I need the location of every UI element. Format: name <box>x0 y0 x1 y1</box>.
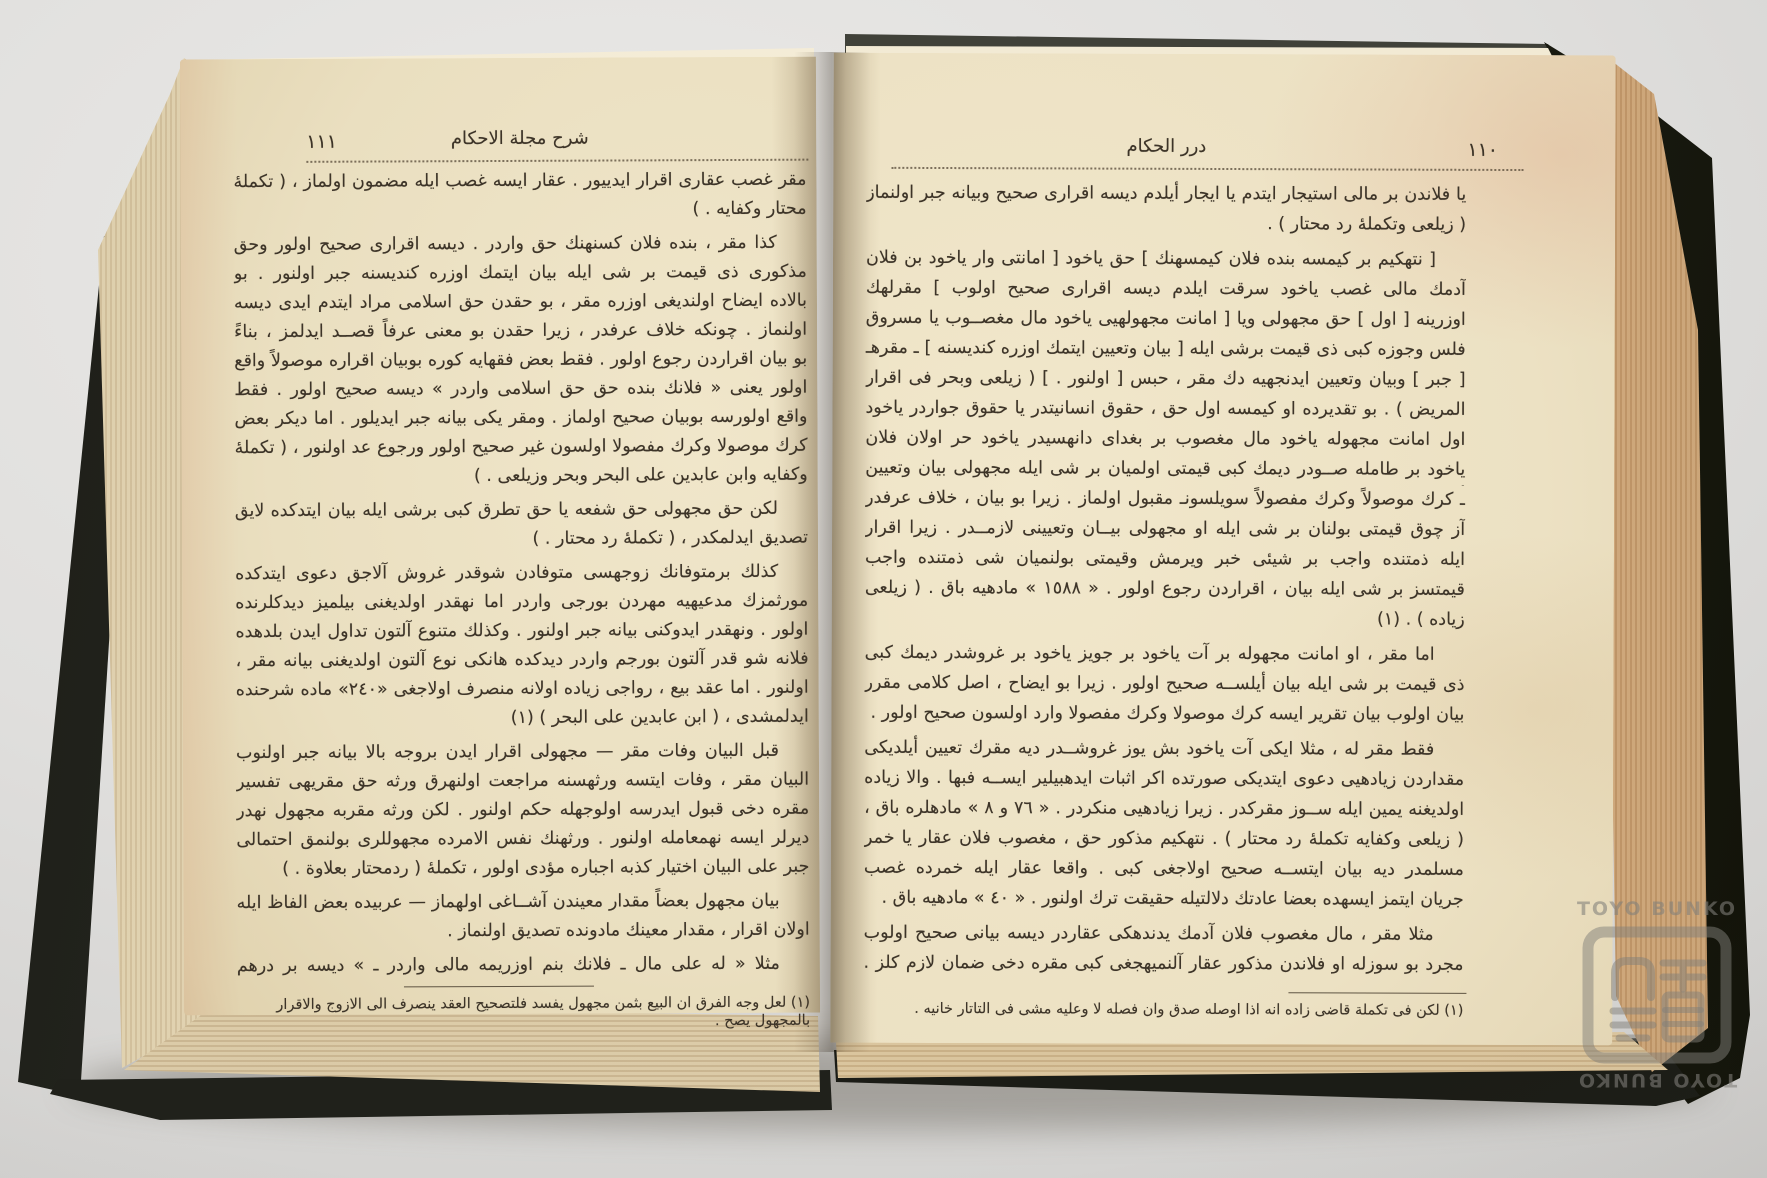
text-line: اولان اقرار ، مقدار معينك مادونده تصديق … <box>237 917 810 948</box>
text-line: اوزرينه [ اول ] حق مجهولى ويا [ امانت مج… <box>866 304 1466 336</box>
text-line: قبل البيان وفات مقر — مجهولى اقرار ايدن … <box>236 738 809 769</box>
text-line: ياخود بر طامله صــودر ديمك كبى قيمتى اول… <box>865 454 1465 486</box>
text-line: مورثمزك مدعيهيه مهردن بورجى واردر اما نه… <box>235 588 808 619</box>
text-line: آدمك مالى غصب ياخود سرقت ايلدم ديسه اقرا… <box>866 274 1466 306</box>
footnote-separator-right <box>1288 992 1466 994</box>
text-line: ذى قيمت بر شى ايله بيان أيلســه صحيح اول… <box>864 669 1464 701</box>
text-line: اما مقر ، او امانت مجهوله بر آت ياخود بر… <box>865 639 1465 671</box>
text-line: مثلا مقر ، مال مغصوب فلان آدمك يدندهكى ع… <box>864 919 1464 951</box>
text-line: مقداردن زيادهيى دعوى ايتديكى صورتده اكر … <box>864 764 1464 796</box>
text-line: جريان ايتمز ايسهده بعضا عادتك دلالتيله ح… <box>864 884 1464 916</box>
page-number-right: ١١٠ <box>1467 139 1498 161</box>
text-line: مقر غصب عقارى اقرار ايدييور . عقار ايسه … <box>233 167 806 198</box>
text-line: فلس وجوزه كبى ذى قيمت برشى ايله [ بيان و… <box>866 334 1466 366</box>
text-line: لكن حق مجهولى حق شفعه يا حق تطرق كبى برش… <box>235 496 808 527</box>
gutter-shadow <box>794 52 870 1052</box>
book-photo-scene: ١١١ شرح مجلة الاحكام مقر غصب عقارى اقرار… <box>0 0 1767 1178</box>
text-line: مقره دخى قبول ايدرسه اولوجهله حكم اولنور… <box>236 796 809 827</box>
text-line: زياده ) . (١) <box>865 604 1465 636</box>
text-line: تصديق ايدلمكدر ، ( تكملهٔ رد محتار . ) <box>235 525 808 556</box>
text-line: اولنماز . چونكه خلاف عرفدر ، زيرا حقدن ب… <box>234 317 807 348</box>
footnote-left: (١) لعل وجه الفرق ان البيع بثمن مجهول يف… <box>237 994 810 1032</box>
text-line: مذكورى ذى قيمت بر شى ايله بيان ايتمك اوز… <box>234 259 807 290</box>
text-line: قيمتسز بر شى ايله بيان ، اقراردن رجوع او… <box>865 574 1465 606</box>
watermark-text-top: TOYO BUNKO <box>1552 898 1762 920</box>
footnote-separator-left <box>404 986 594 988</box>
text-line: اولور . ونهقدر ايدوكنى بيانه جبر اولنور … <box>235 617 808 648</box>
page-body-right: يا فلاندن بر مالى استيجار ايتدم يا ايجار… <box>863 179 1466 981</box>
text-line: مثلا « له على مال ـ فلانك بنم اوزريمه ما… <box>237 951 810 982</box>
text-line: اولنور . اما عقد بيع ، رواجى زياده اولان… <box>236 675 809 706</box>
footnote-right: (١) لكن فى تكملة قاضى زاده انه اذا اوصله… <box>863 1000 1463 1020</box>
watermark-text-bottom: TOYO BUNKO <box>1552 1069 1762 1091</box>
text-line: بو بيان اقراردن رجوع اولور . فقط بعض فقه… <box>234 346 807 377</box>
text-line: ( زيلعى وكفايه تكملهٔ رد محتار ) . نتهكي… <box>864 824 1464 856</box>
text-line: ـ كرك موصولاً وكرك مفصولاً سويلسونـ مقبو… <box>865 484 1465 516</box>
text-line: فلانه شو قدر آلتون بورجم واردر ديدكده ها… <box>235 646 808 677</box>
page-body-left: مقر غصب عقارى اقرار ايدييور . عقار ايسه … <box>233 167 810 982</box>
left-page: ١١١ شرح مجلة الاحكام مقر غصب عقارى اقرار… <box>180 57 820 1016</box>
text-line: اولديغنه يمين ايله ســوز مقركدر . زيرا ز… <box>864 794 1464 826</box>
text-line: بيان اولوب بيان تقرير ايسه كرك موصولا وك… <box>864 699 1464 731</box>
text-line: بيان مجهول بعضاً مقدار معيندن آشــاغى او… <box>237 888 810 919</box>
text-line: اولور يعنى « فلانك بنده حق حق اسلامى وار… <box>234 375 807 406</box>
toyo-bunko-watermark: TOYO BUNKO TOYO BUNKO <box>1552 898 1762 1091</box>
text-line: كذلك برمتوفانك زوجهسى متوفادن شوقدر غروش… <box>235 559 808 590</box>
text-line: اول امانت مجهوله ياخود مال مغصوب بر بغدا… <box>865 424 1465 456</box>
right-page: ١١٠ درر الحكام يا فلاندن بر مالى استيجار… <box>830 53 1615 1046</box>
text-line: البيان مقر ، وفات ايتسه ورثهسنه مراجعت ا… <box>236 767 809 798</box>
page-header-title-left: شرح مجلة الاحكام <box>233 127 806 150</box>
header-rule-left <box>306 159 808 163</box>
text-line: آز چوق قيمتى بولنان بر شى ايله او مجهولى… <box>865 514 1465 546</box>
text-line: بالاده ايضاح اولنديغى اوزره مقر ، بو حقد… <box>234 288 807 319</box>
text-line: المريض ) . بو تقديرده او كيمسه اول حق ، … <box>865 394 1465 426</box>
text-line: [ نتهكيم بر كيمسه بنده فلان كيمسهنك ] حق… <box>866 244 1466 276</box>
text-line: مجرد بو سوزله او فلاندن مذكور عقار آلنمي… <box>863 949 1463 981</box>
text-line: واقع اولورسه بوبيان صحيح اولماز . ومقر ي… <box>234 404 807 435</box>
text-line: محتار وكفايه . ) <box>234 196 807 227</box>
text-line: مسلمدر ديه بيان ايتســه صحيح اولاجغى كبى… <box>864 854 1464 886</box>
library-seal-icon <box>1581 925 1733 1065</box>
text-line: [ جبر ] وبيان وتعيين ايدنجهيه دك مقر ، ح… <box>866 364 1466 396</box>
header-rule-right <box>891 167 1523 171</box>
text-line: كذا مقر ، بنده فلان كسنهنك حق واردر . دي… <box>234 230 807 261</box>
text-line: فقط مقر له ، مثلا ايكى آت ياخود بش يوز غ… <box>864 734 1464 766</box>
text-line: ديرلر ايسه نهمعامله اولنور . ورثهنك نفس … <box>236 825 809 856</box>
text-line: ( زيلعى وتكملهٔ رد محتار ) . <box>866 209 1466 241</box>
text-line: كرك موصولا وكرك مفصولا اولسون غير صحيح ا… <box>235 433 808 464</box>
page-header-title-right: درر الحكام <box>866 135 1466 158</box>
text-line: ايله ذمتنده واجب بر شيئى خبر ويرمش وقيمت… <box>865 544 1465 576</box>
text-line: وكفايه وابن عابدين على البحر وبحر وزيلعى… <box>235 462 808 493</box>
text-line: ايدلمشدى ، ( ابن عابدين على البحر ) (١) <box>236 704 809 735</box>
text-line: جبر على البيان اختيار كذبه اجباره مؤدى ا… <box>236 854 809 885</box>
text-line: يا فلاندن بر مالى استيجار ايتدم يا ايجار… <box>866 179 1466 211</box>
